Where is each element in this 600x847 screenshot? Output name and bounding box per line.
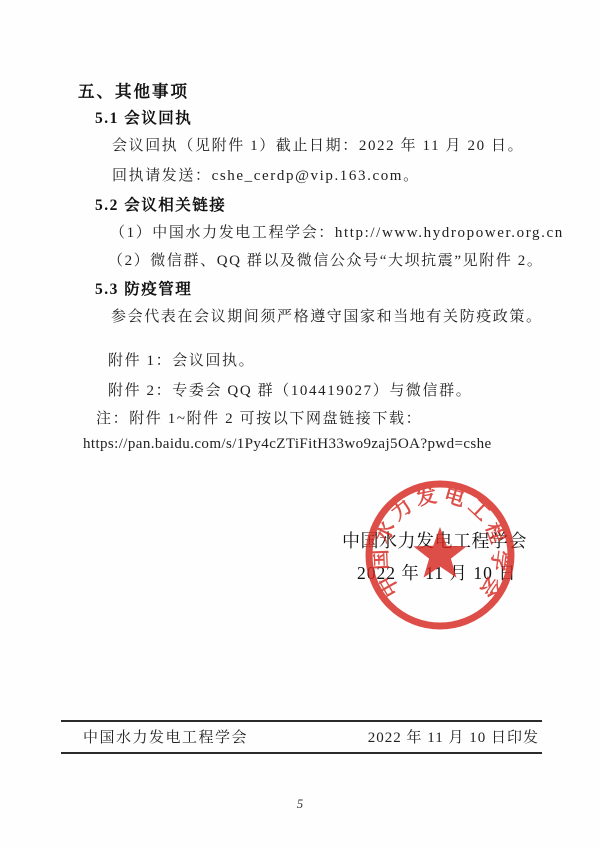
signature-date: 2022 年 11 月 10 日 (357, 560, 517, 585)
footer-print-date: 2022 年 11 月 10 日印发 (368, 726, 539, 747)
wechat-qq-line: （2）微信群、QQ 群以及微信公众号“大坝抗震”见附件 2。 (108, 249, 543, 270)
reply-deadline-line: 会议回执（见附件 1）截止日期：2022 年 11 月 20 日。 (112, 134, 524, 155)
subsection-5-1-title: 5.1 会议回执 (95, 106, 192, 128)
page-number: 5 (0, 797, 600, 812)
attachment-2-line: 附件 2：专委会 QQ 群（104419027）与微信群。 (108, 379, 472, 400)
document-page: 五、其他事项 5.1 会议回执 会议回执（见附件 1）截止日期：2022 年 1… (0, 0, 600, 847)
section-heading: 五、其他事项 (78, 78, 189, 102)
society-website-line: （1）中国水力发电工程学会：http://www.hydropower.org.… (110, 221, 564, 242)
footer-row: 中国水力发电工程学会 2022 年 11 月 10 日印发 (61, 722, 542, 752)
subsection-5-2-title: 5.2 会议相关链接 (95, 193, 226, 215)
reply-email-line: 回执请发送：cshe_cerdp@vip.163.com。 (112, 164, 420, 185)
netdisk-link-text: https://pan.baidu.com/s/1Py4cZTiFitH33wo… (83, 436, 492, 453)
page-footer: 中国水力发电工程学会 2022 年 11 月 10 日印发 (61, 720, 542, 754)
official-seal: 中国水力发电工程学会 (356, 471, 524, 639)
signature-org-name: 中国水力发电工程学会 (342, 527, 527, 553)
attachment-note-line: 注：附件 1~附件 2 可按以下网盘链接下载： (96, 407, 422, 428)
seal-ring (369, 484, 511, 626)
epidemic-policy-line: 参会代表在会议期间须严格遵守国家和当地有关防疫政策。 (111, 305, 543, 326)
subsection-5-3-title: 5.3 防疫管理 (95, 277, 192, 299)
attachment-1-line: 附件 1：会议回执。 (108, 349, 255, 370)
footer-org-name: 中国水力发电工程学会 (83, 726, 248, 747)
seal-svg: 中国水力发电工程学会 (356, 471, 524, 639)
footer-bottom-rule (61, 752, 542, 754)
